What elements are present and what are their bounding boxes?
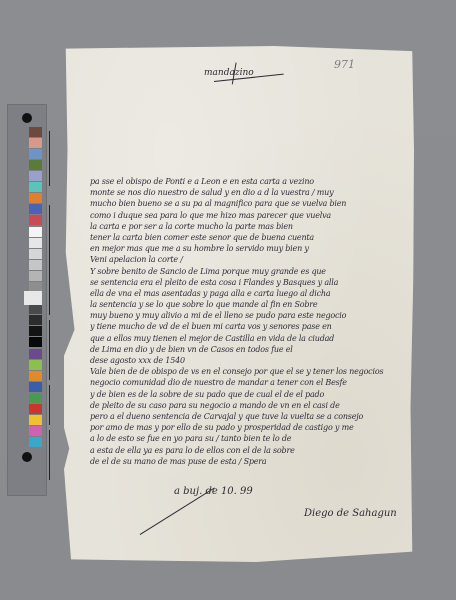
- color-swatch: [29, 138, 42, 148]
- manuscript-line: pa sse el obispo de Ponti e a Leon e en …: [90, 176, 400, 187]
- manuscript-line: Vale bien de de obispo de vs en el conse…: [90, 366, 400, 377]
- color-swatch: [29, 149, 42, 159]
- manuscript-line: a esta de ella ya es para lo de ellos co…: [90, 445, 400, 456]
- color-swatch: [29, 437, 42, 447]
- color-swatch: [29, 382, 42, 392]
- color-swatch: [29, 404, 42, 414]
- gray-step-swatch: [29, 304, 42, 314]
- manuscript-line: la carta e por ser a la corte mucho la p…: [90, 221, 400, 232]
- color-swatch: [29, 204, 42, 214]
- scale-tick: [49, 255, 50, 315]
- closing-date: a buj. de 10. 99: [174, 486, 253, 497]
- manuscript-line: de Lima en dio y de bien vn de Casos en …: [90, 344, 400, 355]
- manuscript-line: de el de su mano de mas puse de esta / S…: [90, 456, 400, 467]
- manuscript-line: en mejor mas que me a su hombre lo servi…: [90, 243, 400, 254]
- manuscript-line: se sentencia era el pleito de esta cosa …: [90, 277, 400, 288]
- manuscript-line: la sentencia y se lo que sobre lo que ma…: [90, 299, 400, 310]
- manuscript-line: mucho bien bueno se a su pa al magnifico…: [90, 198, 400, 209]
- manuscript-line: pero a el dueno sentencia de Carvajal y …: [90, 411, 400, 422]
- color-swatch: [29, 193, 42, 203]
- gray-step-swatch: [29, 271, 42, 281]
- gray-step-swatch: [29, 227, 42, 237]
- gray-step-swatch: [29, 337, 42, 347]
- manuscript-line: y tiene mucho de vd de el buen mi carta …: [90, 321, 400, 332]
- manuscript-line: que a ellos muy tienen el mejor de Casti…: [90, 333, 400, 344]
- gray-step-swatch: [29, 326, 42, 336]
- color-swatch: [29, 127, 42, 137]
- color-swatch: [29, 393, 42, 403]
- manuscript-line: y de bien es de la sobre de su pado que …: [90, 389, 400, 400]
- manuscript-line: como i duque sea para lo que me hizo mas…: [90, 210, 400, 221]
- folio-number: 971: [334, 58, 355, 71]
- manuscript-line: ella de vna el mas asentadas y paga alla…: [90, 288, 400, 299]
- manuscript-line: Veni apelacion la corte /: [90, 254, 240, 265]
- color-swatch: [29, 371, 42, 381]
- manuscript-line: muy bueno y muy alivio a mi de el lleno …: [90, 310, 400, 321]
- heading-mark: mandazino: [204, 68, 254, 78]
- scale-tick: [49, 131, 50, 186]
- manuscript-line: dese agosto xxx de 1540: [90, 355, 240, 366]
- color-swatch: [29, 215, 42, 225]
- scale-tick: [49, 320, 50, 380]
- chart-label: [24, 291, 42, 305]
- scale-tick: [49, 205, 50, 255]
- registration-dot-top: [22, 113, 32, 123]
- manuscript-line: monte se nos dio nuestro de salud y en d…: [90, 187, 400, 198]
- manuscript-line: de pleito de su caso para su negocio a m…: [90, 400, 400, 411]
- manuscript-line: Y sobre benito de Sancio de Lima porque …: [90, 266, 400, 277]
- manuscript-line: tener la carta bien comer este senor que…: [90, 232, 400, 243]
- letter-body: pa sse el obispo de Ponti e a Leon e en …: [90, 176, 400, 467]
- signature: Diego de Sahagun: [304, 508, 397, 519]
- gray-step-swatch: [29, 238, 42, 248]
- color-swatch: [29, 426, 42, 436]
- color-swatch: [29, 360, 42, 370]
- color-swatch: [29, 171, 42, 181]
- scale-tick: [49, 385, 50, 425]
- color-swatch: [29, 415, 42, 425]
- manuscript-line: negocio comunidad dio de nuestro de mand…: [90, 377, 400, 388]
- gray-step-swatch: [29, 315, 42, 325]
- manuscript-page: mandazino 971 pa sse el obispo de Ponti …: [64, 46, 414, 562]
- manuscript-line: a lo de esto se fue en yo para su / tant…: [90, 433, 400, 444]
- scale-tick: [49, 430, 50, 480]
- color-swatch: [29, 160, 42, 170]
- gray-step-swatch: [29, 260, 42, 270]
- color-calibration-chart: [7, 104, 47, 496]
- color-swatch: [29, 349, 42, 359]
- gray-step-swatch: [29, 249, 42, 259]
- registration-dot-bottom: [22, 452, 32, 462]
- manuscript-line: por amo de mas y por ello de su pado y p…: [90, 422, 400, 433]
- color-swatch: [29, 182, 42, 192]
